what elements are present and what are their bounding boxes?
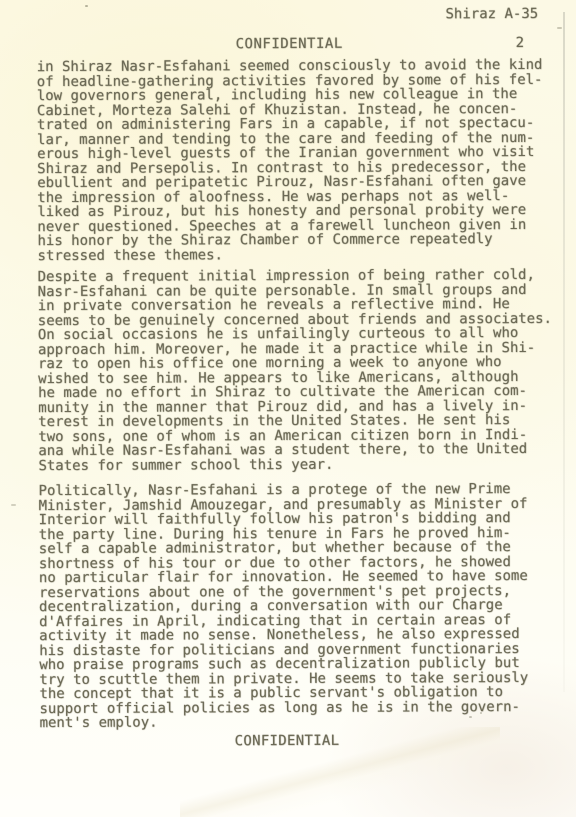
page-number: 2 [516, 36, 525, 51]
document-page: Shiraz A-35 CONFIDENTIAL 2 in Shiraz Nas… [0, 0, 576, 817]
paragraph-1: in Shiraz Nasr-Esfahani seemed conscious… [37, 58, 544, 263]
typed-content: Shiraz A-35 CONFIDENTIAL 2 in Shiraz Nas… [0, 0, 576, 817]
document-reference: Shiraz A-35 [445, 7, 538, 22]
paragraph-3: Politically, Nasr-Esfahani is a protege … [39, 482, 529, 731]
scanned-page-edge [563, 12, 565, 692]
paragraph-2: Despite a frequent initial impression of… [38, 268, 553, 473]
classification-header: CONFIDENTIAL [236, 37, 343, 52]
classification-footer: CONFIDENTIAL [235, 734, 340, 749]
